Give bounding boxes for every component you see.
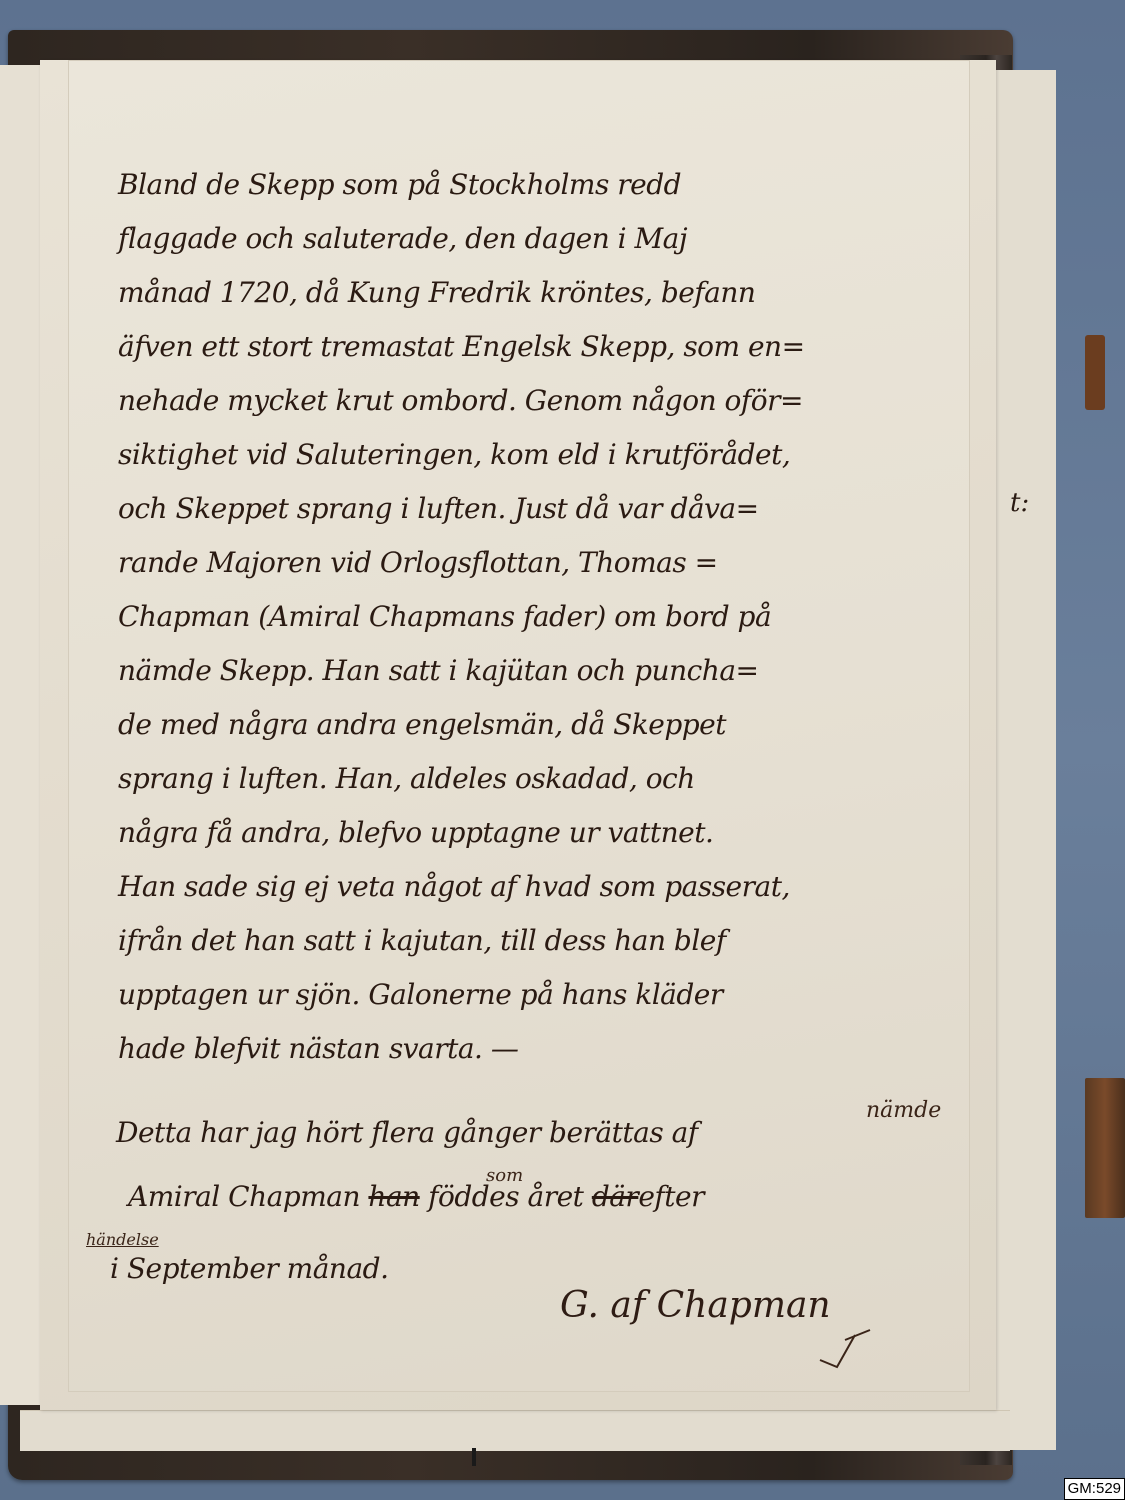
body-line: hade blefvit nästan svarta. — [118,1032,518,1065]
underlying-page-right [995,70,1056,1450]
postscript-line-2: Amiral Chapman han föddes året därefter [128,1180,704,1213]
postscript-line-3: i September månad. [110,1252,388,1285]
body-line: flaggade och saluterade, den dagen i Maj [118,222,687,255]
postscript-text: Detta har jag hört flera gånger berättas… [116,1116,698,1149]
body-line: de med några andra engelsmän, då Skeppet [118,708,726,741]
postscript-text: Amiral Chapman [128,1180,360,1213]
margin-note: händelse [86,1230,159,1249]
edge-text-fragment: t: [1010,488,1029,518]
signature-flourish-icon [815,1325,875,1370]
body-line: månad 1720, då Kung Fredrik kröntes, bef… [118,276,755,309]
clasp-bottom [1085,1078,1125,1218]
struck-word: där [592,1180,639,1213]
body-line: Chapman (Amiral Chapmans fader) om bord … [118,600,771,633]
page-mark [472,1448,476,1466]
clasp-top [1085,335,1105,410]
body-line: siktighet vid Saluteringen, kom eld i kr… [118,438,790,471]
underlying-page-left [0,65,41,1405]
body-line: sprang i luften. Han, aldeles oskadad, o… [118,762,695,795]
postscript-line-1: Detta har jag hört flera gånger berättas… [116,1116,698,1149]
postscript-text: efter [638,1180,704,1213]
body-line: några få andra, blefvo upptagne ur vattn… [118,816,713,849]
body-line: och Skeppet sprang i luften. Just då var… [118,492,759,525]
body-line: upptagen ur sjön. Galonerne på hans kläd… [118,978,723,1011]
archive-id-label: GM:529 [1064,1478,1125,1500]
body-line: ifrån det han satt i kajutan, till dess … [118,924,726,957]
body-line: Han sade sig ej veta något af hvad som p… [118,870,790,903]
struck-word: han [368,1180,419,1213]
body-line: äfven ett stort tremastat Engelsk Skepp,… [118,330,805,363]
body-line: Bland de Skepp som på Stockholms redd [118,168,681,201]
body-line: nehade mycket krut ombord. Genom någon o… [118,384,803,417]
inserted-word-som: som [486,1165,523,1186]
inserted-word-namde: nämde [866,1098,941,1123]
body-line: nämde Skepp. Han satt i kajütan och punc… [118,654,759,687]
body-line: rande Majoren vid Orlogsflottan, Thomas … [118,546,718,579]
underlying-page-bottom [20,1410,1010,1451]
signature: G. af Chapman [560,1285,831,1326]
